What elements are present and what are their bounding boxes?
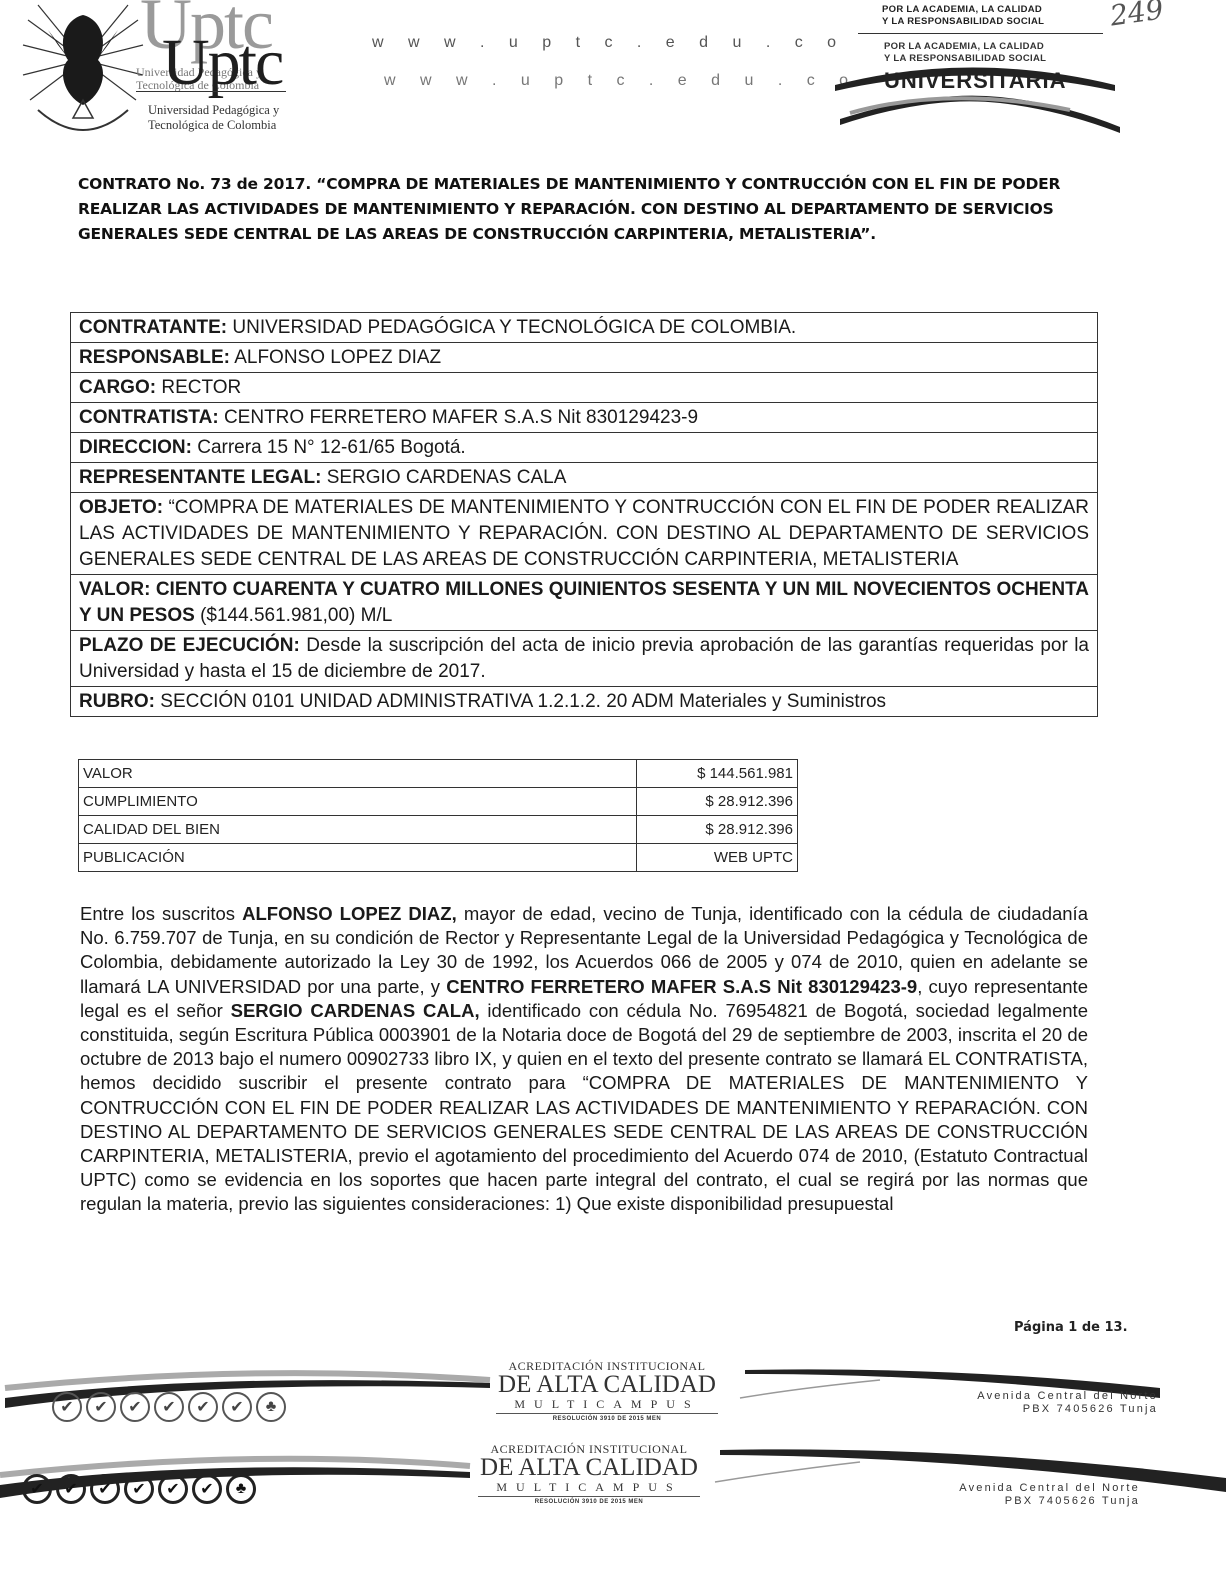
accreditation-line3: MULTICAMPUS [496,1397,718,1414]
slogan-word: UNIVERSITARIA [884,68,1067,94]
info-row: CARGO: RECTOR [71,373,1097,403]
uptc-logo: Uptc [162,30,282,96]
address-line2: PBX 7405626 Tunja [880,1495,1140,1508]
check-badge-icon: ✔ [124,1474,154,1504]
accreditation-line2: DE ALTA CALIDAD [478,1456,700,1480]
address-line1: Avenida Central del Norte [880,1482,1140,1495]
accreditation-resolution: RESOLUCIÓN 3910 DE 2015 MEN [496,1414,718,1424]
info-row: VALOR: CIENTO CUARENTA Y CUATRO MILLONES… [71,575,1097,631]
info-value: ($144.561.981,00) M/L [195,605,393,626]
info-row: RUBRO: SECCIÓN 0101 UNIDAD ADMINISTRATIV… [71,687,1097,716]
info-value: UNIVERSIDAD PEDAGÓGICA Y TECNOLÓGICA DE … [227,317,796,338]
check-badge-icon: ✔ [120,1392,150,1422]
address-line1: Avenida Central del Norte [900,1390,1158,1403]
body-text-1: Entre los suscritos [80,903,242,924]
footer-address-2: Avenida Central del Norte PBX 7405626 Tu… [880,1482,1140,1508]
contract-title: CONTRATO No. 73 de 2017. “COMPRA DE MATE… [78,172,1078,247]
info-label: RESPONSABLE: [79,347,230,368]
colombia-map-badge-icon: ♣ [226,1474,256,1504]
body-text-4: identificado con cédula No. 76954821 de … [80,1000,1088,1215]
info-row: CONTRATISTA: CENTRO FERRETERO MAFER S.A.… [71,403,1097,433]
table-row: CUMPLIMIENTO$ 28.912.396 [79,788,798,816]
certification-badges: ✔✔✔✔✔✔♣ [52,1392,286,1422]
accreditation-block-2: ACREDITACIÓN INSTITUCIONAL DE ALTA CALID… [478,1443,700,1507]
body-bold-legal-rep: SERGIO CARDENAS CALA, [231,1000,480,1021]
info-label: CARGO: [79,377,156,398]
logo-subtitle: Universidad Pedagógica y Tecnológica de … [148,103,308,133]
table-row: VALOR$ 144.561.981 [79,760,798,788]
check-badge-icon: ✔ [52,1392,82,1422]
website-url[interactable]: w w w . u p t c . e d u . c o [372,34,846,52]
guarantee-amount: $ 28.912.396 [637,816,798,844]
colombia-map-badge-icon: ♣ [256,1392,286,1422]
check-badge-icon: ✔ [86,1392,116,1422]
logo-subtitle-line1: Universidad Pedagógica y [148,103,308,118]
slogan-line1: POR LA ACADEMIA, LA CALIDAD [882,4,1044,16]
info-row: DIRECCION: Carrera 15 N° 12-61/65 Bogotá… [71,433,1097,463]
contract-body-paragraph: Entre los suscritos ALFONSO LOPEZ DIAZ, … [80,902,1088,1217]
guarantee-amount: $ 28.912.396 [637,788,798,816]
guarantee-concept: VALOR [79,760,637,788]
guarantee-concept: PUBLICACIÓN [79,844,637,872]
info-value: SECCIÓN 0101 UNIDAD ADMINISTRATIVA 1.2.1… [155,691,886,712]
info-value: “COMPRA DE MATERIALES DE MANTENIMIENTO Y… [79,497,1089,570]
table-row: PUBLICACIÓNWEB UPTC [79,844,798,872]
check-badge-icon: ✔ [188,1392,218,1422]
guarantee-concept: CALIDAD DEL BIEN [79,816,637,844]
body-bold-contractor: CENTRO FERRETERO MAFER S.A.S Nit 8301294… [446,976,917,997]
info-value: Carrera 15 N° 12-61/65 Bogotá. [192,437,466,458]
page-number: Página 1 de 13. [1014,1320,1128,1335]
info-row: PLAZO DE EJECUCIÓN: Desde la suscripción… [71,631,1097,687]
slogan-line2: Y LA RESPONSABILIDAD SOCIAL [882,16,1044,28]
info-value: CENTRO FERRETERO MAFER S.A.S Nit 8301294… [219,407,698,428]
check-badge-icon: ✔ [90,1474,120,1504]
university-crest-icon [18,0,148,140]
logo-divider [136,91,286,92]
check-badge-icon: ✔ [158,1474,188,1504]
info-row: RESPONSABLE: ALFONSO LOPEZ DIAZ [71,343,1097,373]
certification-badges-2: ✔✔✔✔✔✔♣ [22,1474,256,1504]
info-row: REPRESENTANTE LEGAL: SERGIO CARDENAS CAL… [71,463,1097,493]
info-label: REPRESENTANTE LEGAL: [79,467,321,488]
info-row: OBJETO: “COMPRA DE MATERIALES DE MANTENI… [71,493,1097,575]
slogan-swoosh-icon [830,55,1120,135]
slogan-top: POR LA ACADEMIA, LA CALIDAD Y LA RESPONS… [882,4,1044,28]
info-value: SERGIO CARDENAS CALA [321,467,566,488]
handwritten-folio: 249 [1108,0,1166,33]
info-value: ALFONSO LOPEZ DIAZ [230,347,441,368]
guarantee-table: VALOR$ 144.561.981CUMPLIMIENTO$ 28.912.3… [78,759,798,872]
footer-address: Avenida Central del Norte PBX 7405626 Tu… [900,1390,1158,1416]
logo-subtitle-line2: Tecnológica de Colombia [148,118,308,133]
guarantee-amount: WEB UPTC [637,844,798,872]
info-label: RUBRO: [79,691,155,712]
info-label: PLAZO DE EJECUCIÓN: [79,635,300,656]
check-badge-icon: ✔ [154,1392,184,1422]
accreditation-block: ACREDITACIÓN INSTITUCIONAL DE ALTA CALID… [496,1360,718,1424]
info-value: RECTOR [156,377,241,398]
guarantee-amount: $ 144.561.981 [637,760,798,788]
check-badge-icon: ✔ [192,1474,222,1504]
info-label: DIRECCION: [79,437,192,458]
accreditation-line3: MULTICAMPUS [478,1480,700,1497]
contract-info-table: CONTRATANTE: UNIVERSIDAD PEDAGÓGICA Y TE… [70,312,1098,717]
slogan-line1-ghost: POR LA ACADEMIA, LA CALIDAD [884,41,1046,53]
check-badge-icon: ✔ [22,1474,52,1504]
slogan-divider [858,33,1103,34]
body-bold-rector: ALFONSO LOPEZ DIAZ, [242,903,457,924]
address-line2: PBX 7405626 Tunja [900,1403,1158,1416]
website-url-ghost: w w w . u p t c . e d u . c o [384,72,858,90]
accreditation-resolution: RESOLUCIÓN 3910 DE 2015 MEN [478,1497,700,1507]
info-label: CONTRATISTA: [79,407,219,428]
info-row: CONTRATANTE: UNIVERSIDAD PEDAGÓGICA Y TE… [71,313,1097,343]
accreditation-line2: DE ALTA CALIDAD [496,1373,718,1397]
check-badge-icon: ✔ [56,1474,86,1504]
info-label: CONTRATANTE: [79,317,227,338]
check-badge-icon: ✔ [222,1392,252,1422]
info-label: OBJETO: [79,497,163,518]
table-row: CALIDAD DEL BIEN$ 28.912.396 [79,816,798,844]
guarantee-concept: CUMPLIMIENTO [79,788,637,816]
